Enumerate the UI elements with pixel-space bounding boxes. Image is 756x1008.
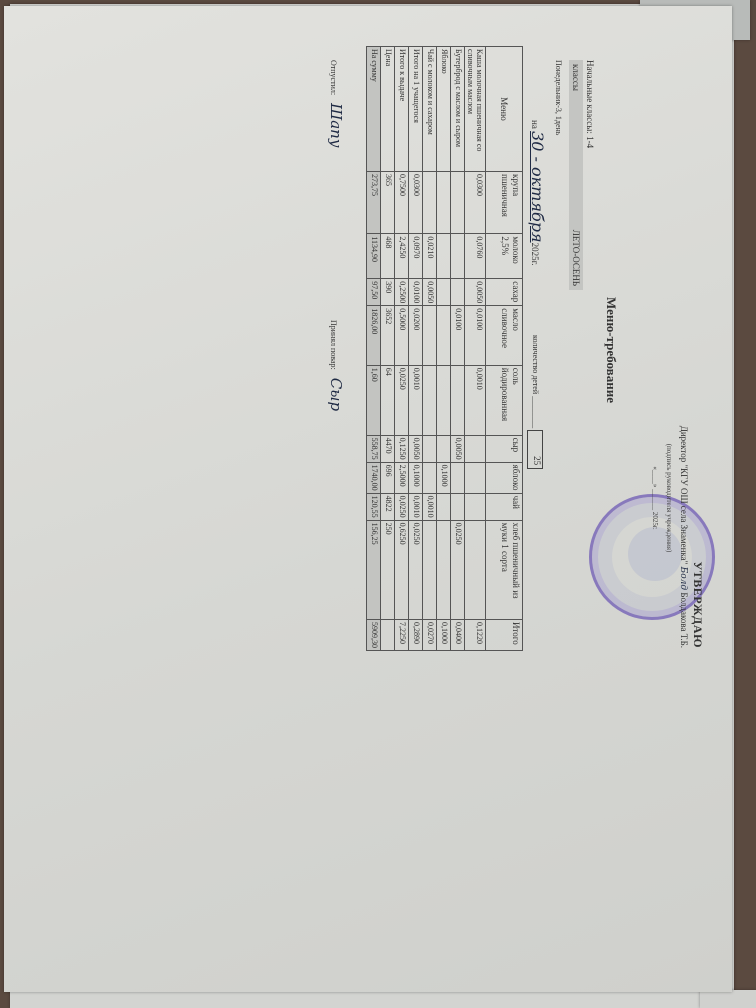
table-cell: 0,1000 xyxy=(437,619,451,650)
table-cell: 0,0270 xyxy=(423,619,437,650)
table-cell xyxy=(437,234,451,279)
table-cell xyxy=(465,520,486,619)
table-cell: 0,0100 xyxy=(451,306,465,366)
table-cell: 4822 xyxy=(381,493,395,520)
table-cell: 3652 xyxy=(381,306,395,366)
received-signature: Сыр xyxy=(327,378,345,411)
table-cell xyxy=(437,435,451,462)
given-signature: Шапу xyxy=(327,103,345,147)
table-cell: 97,50 xyxy=(367,279,381,306)
table-cell: 5909,30 xyxy=(367,619,381,650)
director-line: Директор "КГУ ОШ села Знаменка" xyxy=(679,426,689,565)
class-label: Начальные классы: 1-4 xyxy=(583,60,597,290)
table-row: Чай с молоком и сахаром0,02100,00500,001… xyxy=(423,47,437,651)
header-ingredient: сыр xyxy=(486,435,523,462)
table-cell: 250 xyxy=(381,520,395,619)
menu-table: Менюкрупа пшеничнаямолоко 2,5%сахармасло… xyxy=(366,46,523,651)
row-label: Каша молочная пшеничная со сливочным мас… xyxy=(465,47,486,172)
director-name: Болдакова Т.Б. xyxy=(679,592,689,648)
table-cell xyxy=(423,520,437,619)
table-cell: 558,75 xyxy=(367,435,381,462)
table-cell xyxy=(423,172,437,234)
document-title: Меню-требование xyxy=(603,40,619,660)
kids-count: 25 xyxy=(527,430,543,469)
table-row: Каша молочная пшеничная со сливочным мас… xyxy=(465,47,486,651)
row-label: На сумму xyxy=(367,47,381,172)
table-cell xyxy=(437,520,451,619)
table-cell xyxy=(465,435,486,462)
table-cell xyxy=(465,493,486,520)
table-cell: 0,5000 xyxy=(395,306,409,366)
header-ingredient: чай xyxy=(486,493,523,520)
table-cell: 365 xyxy=(381,172,395,234)
header-ingredient: яблоко xyxy=(486,462,523,493)
table-cell: 0,0200 xyxy=(409,306,423,366)
row-label: Цена xyxy=(381,47,395,172)
table-row: Итого к выдаче0,75002,42500,25000,50000,… xyxy=(395,47,409,651)
table-cell xyxy=(451,493,465,520)
given-by: Отпустил: Шапу xyxy=(327,60,345,148)
table-cell: 7,2250 xyxy=(395,619,409,650)
table-cell: 4470 xyxy=(381,435,395,462)
table-cell: 120,55 xyxy=(367,493,381,520)
row-label: Чай с молоком и сахаром xyxy=(423,47,437,172)
row-label: Яблоко xyxy=(437,47,451,172)
table-cell xyxy=(437,306,451,366)
approval-block: УТВЕРЖДАЮ Директор "КГУ ОШ села Знаменка… xyxy=(648,348,705,648)
header-ingredient: сахар xyxy=(486,279,523,306)
table-cell: 0,0010 xyxy=(409,493,423,520)
table-cell xyxy=(451,234,465,279)
date-handwritten: 30 - октября xyxy=(528,131,547,243)
table-cell: 0,1250 xyxy=(395,435,409,462)
table-cell: 0,1000 xyxy=(409,462,423,493)
table-cell xyxy=(437,365,451,435)
table-cell xyxy=(381,619,395,650)
table-cell: 0,0970 xyxy=(409,234,423,279)
table-cell xyxy=(437,279,451,306)
table-row: Бутерброд с маслом и сыром0,01000,00500,… xyxy=(451,47,465,651)
table-cell: 0,0300 xyxy=(465,172,486,234)
class-sub: классы xyxy=(569,64,583,91)
table-cell: 0,0250 xyxy=(395,493,409,520)
table-cell: 0,0050 xyxy=(409,435,423,462)
table-cell: 0,1000 xyxy=(437,462,451,493)
table-cell: 468 xyxy=(381,234,395,279)
table-cell: 0,1220 xyxy=(465,619,486,650)
class-info: Начальные классы: 1-4 классы ЛЕТО-ОСЕНЬ xyxy=(569,60,597,290)
table-cell: 0,0760 xyxy=(465,234,486,279)
header-ingredient: крупа пшеничная xyxy=(486,172,523,234)
table-cell xyxy=(437,172,451,234)
week-day: Понедельник-3, 1день xyxy=(554,60,563,135)
table-cell: 0,0010 xyxy=(465,365,486,435)
table-cell xyxy=(451,279,465,306)
table-header-row: Менюкрупа пшеничнаямолоко 2,5%сахармасло… xyxy=(486,47,523,651)
given-label: Отпустил: xyxy=(329,60,338,95)
approval-year: «____» ______ 2025г. xyxy=(648,348,662,648)
table-cell xyxy=(451,172,465,234)
table-cell: 1826,00 xyxy=(367,306,381,366)
table-cell: 0,0050 xyxy=(465,279,486,306)
row-label: Бутерброд с маслом и сыром xyxy=(451,47,465,172)
received-label: Принял повар: xyxy=(329,320,338,370)
approval-caption: (подпись руководителя учреждения) xyxy=(662,348,676,648)
table-cell: 64 xyxy=(381,365,395,435)
kids-label: количество детей xyxy=(531,335,540,394)
table-cell: 0,0100 xyxy=(409,279,423,306)
table-cell xyxy=(465,462,486,493)
background-paper-edge xyxy=(700,990,756,1008)
table-cell: 390 xyxy=(381,279,395,306)
table-cell: 0,0250 xyxy=(395,365,409,435)
table-cell: 1134,90 xyxy=(367,234,381,279)
table-cell: 0,2500 xyxy=(395,279,409,306)
table-cell: 0,0210 xyxy=(423,234,437,279)
table-cell: 156,25 xyxy=(367,520,381,619)
table-cell: 0,0010 xyxy=(409,365,423,435)
menu-requisition: УТВЕРЖДАЮ Директор "КГУ ОШ села Знаменка… xyxy=(245,40,715,660)
header-ingredient: Итого xyxy=(486,619,523,650)
header-menu: Меню xyxy=(486,47,523,172)
table-row: На сумму273,751134,9097,501826,001,60558… xyxy=(367,47,381,651)
header-ingredient: хлеб пшеничный из муки 1 сорта xyxy=(486,520,523,619)
table-cell: 0,0050 xyxy=(451,435,465,462)
row-label: Итого к выдаче xyxy=(395,47,409,172)
kids-count-line: количество детей ________ 25 xyxy=(527,335,543,469)
table-row: Цена36546839036526444706964822250 xyxy=(381,47,395,651)
row-label: Итого на 1 учащегося xyxy=(409,47,423,172)
season-label: ЛЕТО-ОСЕНЬ xyxy=(569,230,583,286)
date-line: на 30 - октября2025г. xyxy=(528,120,547,266)
table-cell xyxy=(437,493,451,520)
table-cell: 1740,00 xyxy=(367,462,381,493)
table-cell xyxy=(423,435,437,462)
received-by: Принял повар: Сыр xyxy=(327,320,345,411)
table-cell: 2,5000 xyxy=(395,462,409,493)
date-prefix: на xyxy=(530,120,540,129)
table-row: Итого на 1 учащегося0,03000,09700,01000,… xyxy=(409,47,423,651)
date-suffix: 2025г. xyxy=(530,243,540,266)
approval-title: УТВЕРЖДАЮ xyxy=(691,348,705,648)
table-cell: 0,6250 xyxy=(395,520,409,619)
table-cell: 696 xyxy=(381,462,395,493)
table-cell: 0,0010 xyxy=(423,493,437,520)
header-ingredient: масло сливочное xyxy=(486,306,523,366)
table-cell xyxy=(423,365,437,435)
table-cell: 0,0400 xyxy=(451,619,465,650)
table-cell xyxy=(451,365,465,435)
table-cell: 0,0300 xyxy=(409,172,423,234)
header-ingredient: соль йодированная xyxy=(486,365,523,435)
table-cell: 0,0050 xyxy=(423,279,437,306)
table-cell xyxy=(423,462,437,493)
table-cell: 0,0250 xyxy=(409,520,423,619)
director-signature: Болд xyxy=(678,567,688,590)
table-cell: 273,75 xyxy=(367,172,381,234)
table-cell: 1,60 xyxy=(367,365,381,435)
table-cell: 0,7500 xyxy=(395,172,409,234)
table-cell xyxy=(423,306,437,366)
table-cell xyxy=(451,462,465,493)
table-cell: 2,4250 xyxy=(395,234,409,279)
header-ingredient: молоко 2,5% xyxy=(486,234,523,279)
table-row: Яблоко0,10000,1000 xyxy=(437,47,451,651)
table-cell: 0,2890 xyxy=(409,619,423,650)
table-cell: 0,0100 xyxy=(465,306,486,366)
table-cell: 0,0250 xyxy=(451,520,465,619)
